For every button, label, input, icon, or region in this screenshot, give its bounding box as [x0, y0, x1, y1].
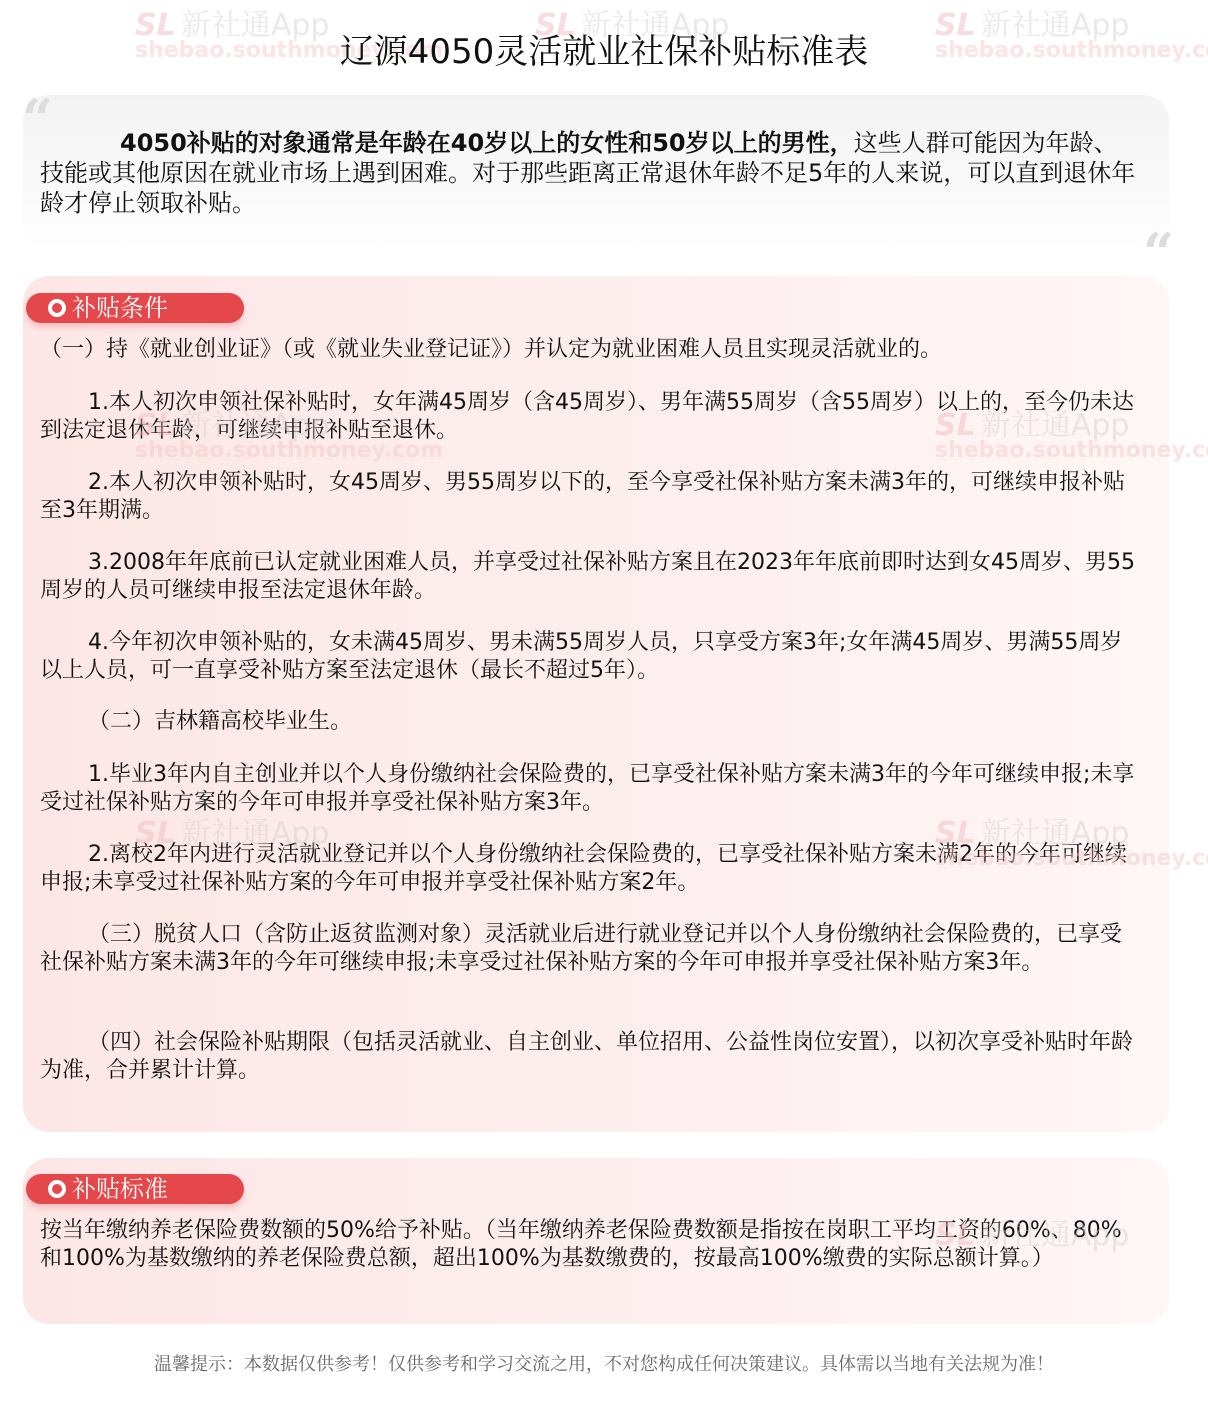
disclaimer: 温馨提示：本数据仅供参考！仅供参考和学习交流之用，不对您构成任何决策建议。具体需…	[0, 1350, 1208, 1376]
circle-icon	[48, 299, 66, 317]
paragraph: 3.2008年年底前已认定就业困难人员，并享受过社保补贴方案且在2023年年底前…	[40, 549, 1140, 605]
paragraph: 1.毕业3年内自主创业并以个人身份缴纳社会保险费的，已享受社保补贴方案未满3年的…	[40, 761, 1140, 817]
circle-icon	[48, 1180, 66, 1198]
paragraph: （二）吉林籍高校毕业生。	[40, 708, 1140, 736]
paragraph: 1.本人初次申领社保补贴时，女年满45周岁（含45周岁）、男年满55周岁（含55…	[40, 389, 1140, 445]
page-title: 辽源4050灵活就业社保补贴标准表	[0, 24, 1208, 73]
quote-close-icon: “	[1143, 226, 1174, 280]
paragraph: 2.离校2年内进行灵活就业登记并以个人身份缴纳社会保险费的，已享受社保补贴方案未…	[40, 841, 1140, 897]
paragraph: 2.本人初次申领补贴时，女45周岁、男55周岁以下的，至今享受社保补贴方案未满3…	[40, 469, 1140, 525]
intro-text: 4050补贴的对象通常是年龄在40岁以上的女性和50岁以上的男性，这些人群可能因…	[40, 128, 1140, 218]
paragraph: 4.今年初次申领补贴的，女未满45周岁、男未满55周岁人员，只享受方案3年;女年…	[40, 629, 1140, 685]
paragraph: （三）脱贫人口（含防止返贫监测对象）灵活就业后进行就业登记并以个人身份缴纳社会保…	[40, 921, 1140, 977]
section-heading-label: 补贴条件	[72, 293, 168, 323]
intro-bold: 4050补贴的对象通常是年龄在40岁以上的女性和50岁以上的男性，	[120, 129, 854, 157]
paragraph: （四）社会保险补贴期限（包括灵活就业、自主创业、单位招用、公益性岗位安置），以初…	[40, 1029, 1140, 1085]
section-heading-conditions: 补贴条件	[26, 293, 244, 323]
paragraph: （一）持《就业创业证》（或《就业失业登记证》）并认定为就业困难人员且实现灵活就业…	[40, 336, 1140, 364]
section-heading-label: 补贴标准	[72, 1174, 168, 1204]
paragraph: 按当年缴纳养老保险费数额的50%给予补贴。（当年缴纳养老保险费数额是指按在岗职工…	[40, 1217, 1140, 1273]
section-heading-standard: 补贴标准	[26, 1174, 244, 1204]
